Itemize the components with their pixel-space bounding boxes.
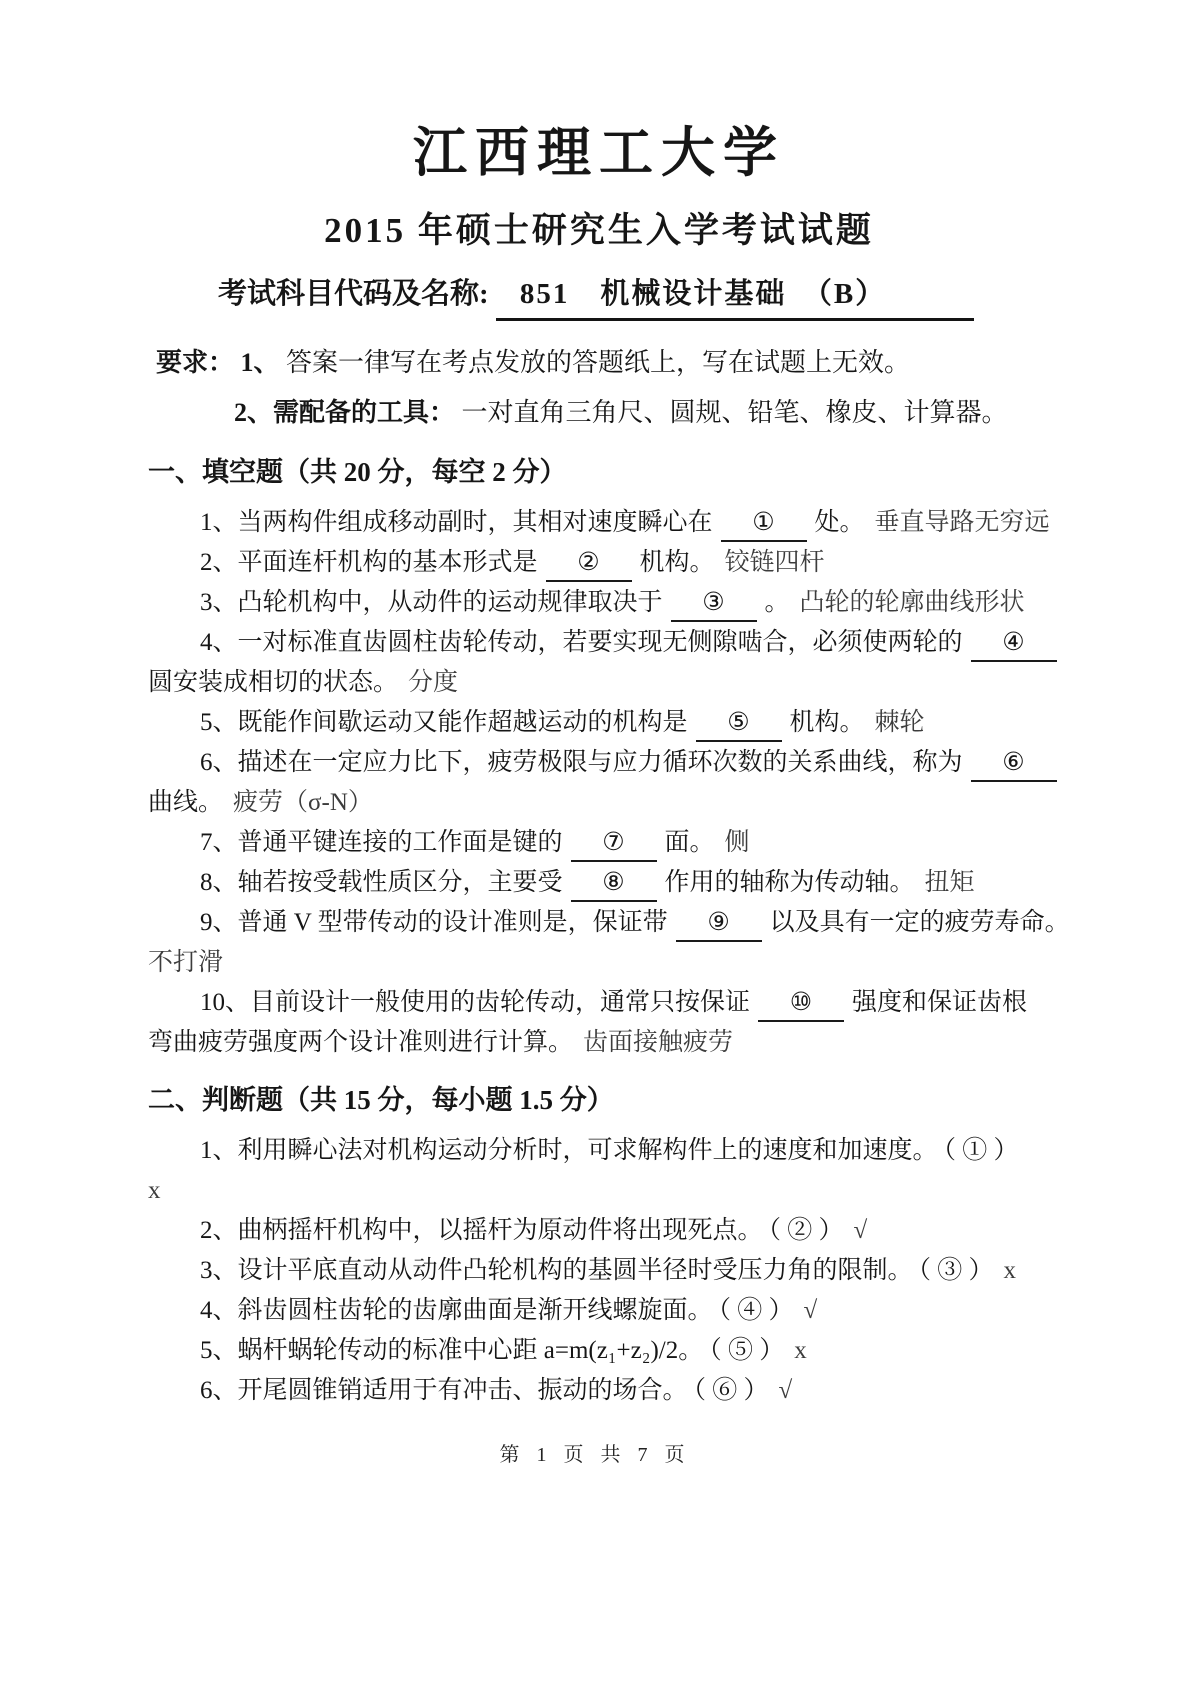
requirements-label: 要求：	[156, 348, 234, 377]
answer-key-text: 铰链四杆	[725, 549, 825, 576]
answer-key-text: 棘轮	[875, 709, 925, 736]
answer-key-text: 疲劳（σ-N）	[233, 789, 373, 816]
blank-underline: ⑩	[758, 988, 844, 1022]
blank-underline: ①	[721, 508, 807, 542]
fill-item-4: 4、一对标准直齿圆柱齿轮传动，若要实现无侧隙啮合，必须使两轮的④	[148, 623, 1050, 663]
fill-item-8: 8、轴若按受载性质区分，主要受⑧作用的轴称为传动轴。扭矩	[148, 863, 1050, 903]
answer-key-text: 侧	[725, 829, 750, 856]
page-number-footer: 第 1 页 共 7 页	[0, 1438, 1190, 1467]
question-text: 2、平面连杆机构的基本形式是	[200, 549, 538, 576]
question-text: 以及具有一定的疲劳寿命。	[770, 909, 1070, 936]
fill-item-7: 7、普通平键连接的工作面是键的⑦面。侧	[148, 823, 1050, 863]
question-text: 5、既能作间歇运动又能作超越运动的机构是	[200, 709, 688, 736]
blank-number: ⑥	[1002, 749, 1024, 776]
answer-key-text: 齿面接触疲劳	[583, 1029, 733, 1056]
fill-item-10-continuation: 弯曲疲劳强度两个设计准则进行计算。齿面接触疲劳	[148, 1023, 1050, 1063]
question-text: 强度和保证齿根	[852, 989, 1027, 1016]
answer-mark: √	[804, 1297, 818, 1324]
judge-item-1: 1、利用瞬心法对机构运动分析时，可求解构件上的速度和加速度。（ ① ）	[148, 1131, 1050, 1171]
subject-row: 考试科目代码及名称: 851 机械设计基础 （B）	[148, 271, 1050, 321]
judge-item-2: 2、曲柄摇杆机构中，以摇杆为原动件将出现死点。（ ② ）√	[148, 1211, 1050, 1251]
blank-number: ④	[1002, 629, 1024, 656]
answer-key-text: 凸轮的轮廓曲线形状	[800, 589, 1025, 616]
university-title: 江西理工大学	[148, 0, 1050, 187]
answer-paren: （ ⑥ ）	[694, 1377, 769, 1404]
blank-number: ⑨	[707, 909, 729, 936]
section-2-heading: 二、判断题（共 15 分，每小题 1.5 分）	[148, 1081, 1050, 1119]
blank-underline: ⑦	[571, 828, 657, 862]
section-1-heading: 一、填空题（共 20 分，每空 2 分）	[148, 453, 1050, 491]
blank-number: ①	[752, 509, 774, 536]
answer-mark: √	[854, 1217, 868, 1244]
answer-key-text: 不打滑	[148, 949, 223, 976]
question-text: 1、当两构件组成移动副时，其相对速度瞬心在	[200, 509, 713, 536]
blank-number: ②	[577, 549, 599, 576]
answer-paren: （ ④ ）	[719, 1297, 794, 1324]
question-text: 1、利用瞬心法对机构运动分析时，可求解构件上的速度和加速度。	[200, 1137, 938, 1164]
answer-mark: x	[148, 1177, 161, 1204]
requirement-2-label: 2、需配备的工具：	[234, 398, 455, 427]
answer-mark: √	[779, 1377, 793, 1404]
question-text: 3、凸轮机构中，从动件的运动规律取决于	[200, 589, 663, 616]
fill-item-9-continuation: 不打滑	[148, 943, 1050, 983]
answer-paren: （ ⑤ ）	[709, 1337, 784, 1364]
requirement-1: 要求： 1、 答案一律写在考点发放的答题纸上，写在试题上无效。	[148, 345, 1050, 381]
question-text: 面。	[665, 829, 715, 856]
fill-item-1: 1、当两构件组成移动副时，其相对速度瞬心在①处。垂直导路无穷远	[148, 503, 1050, 543]
true-false-questions: 1、利用瞬心法对机构运动分析时，可求解构件上的速度和加速度。（ ① ） x 2、…	[148, 1131, 1050, 1411]
answer-mark: x	[1004, 1257, 1017, 1284]
requirement-1-number: 1、	[241, 348, 280, 377]
fill-item-3: 3、凸轮机构中，从动件的运动规律取决于③。凸轮的轮廓曲线形状	[148, 583, 1050, 623]
question-text: 。	[765, 589, 790, 616]
answer-paren: （ ① ）	[944, 1137, 1019, 1164]
question-text: 机构。	[640, 549, 715, 576]
requirement-2-text: 一对直角三角尺、圆规、铅笔、橡皮、计算器。	[462, 398, 1008, 427]
question-text: 弯曲疲劳强度两个设计准则进行计算。	[148, 1029, 573, 1056]
answer-key-text: 垂直导路无穷远	[875, 509, 1050, 536]
question-text: 2、曲柄摇杆机构中，以摇杆为原动件将出现死点。	[200, 1217, 763, 1244]
exam-paper-page: 江西理工大学 2015 年硕士研究生入学考试试题 考试科目代码及名称: 851 …	[0, 0, 1190, 1683]
question-text: 曲线。	[148, 789, 223, 816]
blank-underline: ⑨	[676, 908, 762, 942]
question-text: 机构。	[790, 709, 865, 736]
fill-in-questions: 1、当两构件组成移动副时，其相对速度瞬心在①处。垂直导路无穷远 2、平面连杆机构…	[148, 503, 1050, 1063]
fill-item-9: 9、普通 V 型带传动的设计准则是，保证带⑨以及具有一定的疲劳寿命。	[148, 903, 1050, 943]
requirement-1-text: 答案一律写在考点发放的答题纸上，写在试题上无效。	[286, 348, 910, 377]
question-text: 8、轴若按受载性质区分，主要受	[200, 869, 563, 896]
judge-item-5: 5、蜗杆蜗轮传动的标准中心距 a=m(z₁+z₂)/2。（ ⑤ ）x	[148, 1331, 1050, 1371]
question-text: 圆安装成相切的状态。	[148, 669, 398, 696]
exam-title: 2015 年硕士研究生入学考试试题	[148, 203, 1050, 253]
blank-underline: ④	[971, 628, 1057, 662]
fill-item-6-continuation: 曲线。疲劳（σ-N）	[148, 783, 1050, 823]
fill-item-6: 6、描述在一定应力比下，疲劳极限与应力循环次数的关系曲线，称为⑥	[148, 743, 1050, 783]
blank-number: ⑩	[790, 989, 812, 1016]
judge-item-4: 4、斜齿圆柱齿轮的齿廓曲面是渐开线螺旋面。（ ④ ）√	[148, 1291, 1050, 1331]
blank-number: ⑦	[602, 829, 624, 856]
question-text: 6、开尾圆锥销适用于有冲击、振动的场合。	[200, 1377, 688, 1404]
answer-key-text: 扭矩	[925, 869, 975, 896]
subject-value-underlined: 851 机械设计基础 （B）	[496, 271, 974, 321]
fill-item-10: 10、目前设计一般使用的齿轮传动，通常只按保证⑩强度和保证齿根	[148, 983, 1050, 1023]
question-text: 4、一对标准直齿圆柱齿轮传动，若要实现无侧隙啮合，必须使两轮的	[200, 629, 963, 656]
page-content: 江西理工大学 2015 年硕士研究生入学考试试题 考试科目代码及名称: 851 …	[0, 0, 1190, 1411]
answer-key-text: 分度	[408, 669, 458, 696]
requirements-block: 要求： 1、 答案一律写在考点发放的答题纸上，写在试题上无效。 2、需配备的工具…	[148, 345, 1050, 431]
question-text: 9、普通 V 型带传动的设计准则是，保证带	[200, 909, 668, 936]
blank-number: ③	[702, 589, 724, 616]
fill-item-5: 5、既能作间歇运动又能作超越运动的机构是⑤机构。棘轮	[148, 703, 1050, 743]
blank-underline: ⑤	[696, 708, 782, 742]
question-text: 6、描述在一定应力比下，疲劳极限与应力循环次数的关系曲线，称为	[200, 749, 963, 776]
judge-item-3: 3、设计平底直动从动件凸轮机构的基圆半径时受压力角的限制。（ ③ ）x	[148, 1251, 1050, 1291]
judge-item-1-answer-line: x	[148, 1171, 1050, 1211]
blank-underline: ⑥	[971, 748, 1057, 782]
blank-number: ⑤	[727, 709, 749, 736]
question-text: 3、设计平底直动从动件凸轮机构的基圆半径时受压力角的限制。	[200, 1257, 913, 1284]
question-text: 5、蜗杆蜗轮传动的标准中心距 a=m(z₁+z₂)/2。	[200, 1337, 703, 1364]
subject-label: 考试科目代码及名称:	[218, 278, 489, 310]
answer-paren: （ ③ ）	[919, 1257, 994, 1284]
blank-number: ⑧	[602, 869, 624, 896]
blank-underline: ⑧	[571, 868, 657, 902]
question-text: 作用的轴称为传动轴。	[665, 869, 915, 896]
question-text: 处。	[815, 509, 865, 536]
answer-mark: x	[794, 1337, 807, 1364]
question-text: 4、斜齿圆柱齿轮的齿廓曲面是渐开线螺旋面。	[200, 1297, 713, 1324]
requirement-2: 2、需配备的工具： 一对直角三角尺、圆规、铅笔、橡皮、计算器。	[148, 395, 1050, 431]
fill-item-4-continuation: 圆安装成相切的状态。分度	[148, 663, 1050, 703]
blank-underline: ②	[546, 548, 632, 582]
question-text: 10、目前设计一般使用的齿轮传动，通常只按保证	[200, 989, 750, 1016]
answer-paren: （ ② ）	[769, 1217, 844, 1244]
blank-underline: ③	[671, 588, 757, 622]
fill-item-2: 2、平面连杆机构的基本形式是②机构。铰链四杆	[148, 543, 1050, 583]
question-text: 7、普通平键连接的工作面是键的	[200, 829, 563, 856]
judge-item-6: 6、开尾圆锥销适用于有冲击、振动的场合。（ ⑥ ）√	[148, 1371, 1050, 1411]
